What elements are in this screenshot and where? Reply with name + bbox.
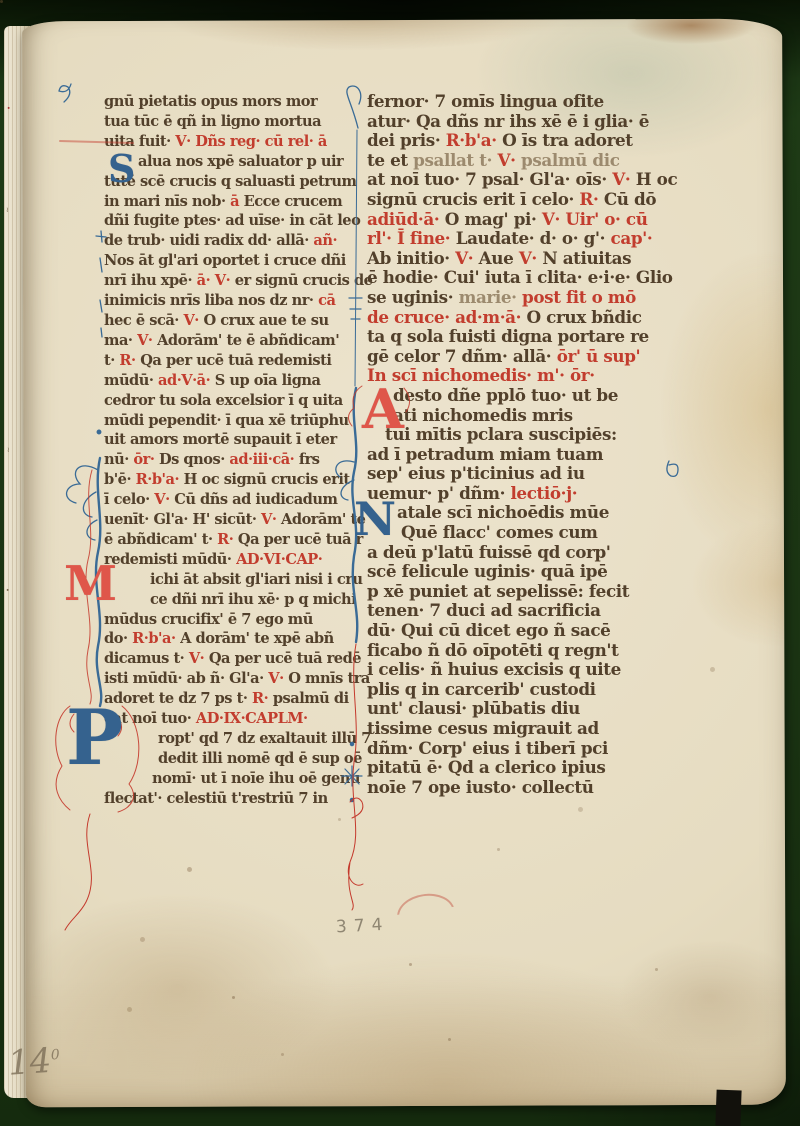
text-line: mūdi pependit· ī qua xē triūphu	[104, 411, 354, 431]
text-line: p xē puniet at sepelissē: fecit	[367, 582, 709, 602]
rubric-text: cap'·	[611, 228, 653, 248]
text-line: Quē flacc' comes cum	[367, 523, 709, 543]
body-text: dedit illi nomē qd ē sup oē	[158, 750, 362, 767]
text-line: Ab initio· V· Aue V· N atiuitas	[367, 249, 709, 269]
body-text: nomī· ut ī noīe ihu oē genu	[152, 770, 360, 787]
text-line: dū· Qui cū dicet ego ñ sacē	[367, 621, 709, 641]
body-text: H oc	[636, 169, 678, 189]
text-line: adiūd·ā· O mag' pi· V· Uir' o· cū	[367, 210, 709, 230]
rubric-text: V·	[268, 670, 288, 687]
manuscript-photo: ∙ ≀ ≀ ∙ gnū pietatis opus mors mortua tū…	[0, 0, 800, 1126]
text-line: ficabo ñ dō oīpotēti q regn't	[367, 641, 709, 661]
body-text: nū·	[104, 451, 133, 468]
text-line: do· R·b'a· A dorām' te xpē abñ	[104, 629, 354, 649]
rubric-text: ā	[230, 193, 244, 210]
body-text: Ecce crucem	[244, 193, 343, 210]
body-text: psalmū di	[273, 690, 349, 707]
body-text: A dorām' te xpē abñ	[180, 630, 334, 647]
body-text: dñm· Corp' eius i tiberī pci	[367, 738, 608, 758]
text-line: dei pris· R·b'a· O īs tra adoret	[367, 131, 709, 151]
body-text: ta q sola fuisti digna portare re	[367, 326, 649, 346]
rubric-text: post fit o mō	[522, 287, 636, 307]
body-text: uenīt· Gl'a· H' sicūt·	[104, 511, 261, 528]
body-text: er signū crucis de	[235, 272, 373, 289]
body-text: ma·	[104, 332, 137, 349]
body-text: adoret te dz 7 ps t·	[104, 690, 252, 707]
text-line: dedit illi nomē qd ē sup oē	[104, 749, 354, 769]
text-line: b'ē· R·b'a· H oc signū crucis erit	[104, 470, 354, 490]
rubric-text: ad·V·ā·	[158, 372, 215, 389]
text-line: nomī· ut ī noīe ihu oē genu	[104, 769, 354, 789]
illuminated-initial-s: S	[108, 150, 135, 188]
text-line: fernor· 7 omīs lingua ofite	[367, 92, 709, 112]
body-text: scē felicule uginis· quā ipē	[367, 561, 607, 581]
text-line: redemisti mūdū· AD·VI·CAP·	[104, 550, 354, 570]
text-line: flectat'· celestiū t'restriū 7 in	[104, 789, 354, 809]
text-line: plis q in carcerib' custodi	[367, 680, 709, 700]
text-line: de cruce· ad·m·ā· O crux bñdic	[367, 308, 709, 328]
rubric-text: adiūd·ā·	[367, 209, 445, 229]
body-text: psallat t·	[413, 150, 497, 170]
text-line: ce dñi nrī ihu xē· p q michi	[104, 590, 354, 610]
body-text: p xē puniet at sepelissē:	[367, 581, 589, 601]
body-text: isti mūdū· ab ñ· Gl'a·	[104, 670, 268, 687]
text-line: tui mītis pclara suscipiēs:	[367, 425, 709, 445]
text-line: de trub· uidi radix dd· allā· añ·	[104, 231, 354, 251]
body-text: ē abñdicam' t·	[104, 531, 217, 548]
text-line: desto dñe pplō tuo· ut be	[367, 386, 709, 406]
rubric-text: añ·	[313, 232, 337, 249]
body-text: frs	[299, 451, 320, 468]
body-text: Quē flacc' comes cum	[401, 522, 598, 542]
text-line: ē abñdicam' t· R· Qa per ucē tuā r	[104, 530, 354, 550]
rubric-text: V·	[497, 150, 521, 170]
body-text: Qa per ucē tuā r	[238, 531, 363, 548]
body-text: Adorām' te	[281, 511, 365, 528]
text-line: dñm· Corp' eius i tiberī pci	[367, 739, 709, 759]
text-line: uemur· p' dñm· lectiō·j·	[367, 484, 709, 504]
body-text: Qa per ucē tuā redemisti	[140, 352, 331, 369]
body-text: do·	[104, 630, 132, 647]
body-text: desto dñe pplō tuo· ut be	[393, 385, 618, 405]
text-column-left: gnū pietatis opus mors mortua tūc ē qñ i…	[104, 92, 354, 809]
body-text: gnū pietatis opus mors mor	[104, 93, 317, 110]
body-text: O mnīs tra	[288, 670, 370, 687]
body-text: S up oīa ligna	[215, 372, 321, 389]
edge-mark: ∙	[6, 586, 9, 594]
text-line: in mari nīs nob· ā Ecce crucem	[104, 192, 354, 212]
text-line: alua nos xpē saluator p uir	[104, 152, 354, 172]
text-line: pitatū ē· Qd a clerico ipius	[367, 758, 709, 778]
rubric-text: R·	[217, 531, 238, 548]
body-text: O crux bñdic	[527, 307, 642, 327]
body-text: nrī ihu xpē·	[104, 272, 197, 289]
text-line: t· R· Qa per ucē tuā redemisti	[104, 351, 354, 371]
body-text: alua nos xpē saluator p uir	[138, 153, 343, 170]
body-text: a deū p'latū fuissē qd corp'	[367, 542, 611, 562]
text-line: gē celor 7 dñm· allā· ōr' ū sup'	[367, 347, 709, 367]
illuminated-initial-p: P	[66, 700, 123, 776]
body-text: H oc signū crucis erit	[184, 471, 350, 488]
text-line: sep' eius p'ticinius ad iu	[367, 464, 709, 484]
body-text: O mag' pi·	[445, 209, 542, 229]
rubric-text: R·b'a·	[132, 630, 180, 647]
body-text: Adorām' te ē abñdicam'	[157, 332, 339, 349]
rubric-text: R·b'a·	[446, 130, 502, 150]
body-text: tenen· 7 duci ad sacrificia	[367, 600, 601, 620]
body-text: at noī tuo· 7 psal· Gl'a· oīs·	[367, 169, 612, 189]
body-text: de trub· uidi radix dd· allā·	[104, 232, 313, 249]
rubric-text: V· Dñs reg· cū rel· ā	[175, 133, 327, 150]
body-text: signū crucis erit ī celo·	[367, 189, 579, 209]
text-line: tenen· 7 duci ad sacrificia	[367, 601, 709, 621]
body-text: ad ī petradum miam tuam	[367, 444, 603, 464]
body-text: O crux aue te su	[203, 312, 328, 329]
text-line: uit amors mortē supauit ī eter	[104, 430, 354, 450]
rubric-text: cā	[318, 292, 335, 309]
rubric-text: ōr·	[133, 451, 159, 468]
text-line: uita fuit· V· Dñs reg· cū rel· ā	[104, 132, 354, 152]
text-line: cat noī tuo· AD·IX·CAPLM·	[104, 709, 354, 729]
body-text: Cū dō	[604, 189, 656, 209]
body-text: mūdus crucifix' ē 7 ego mū	[104, 611, 313, 628]
body-text: redemisti mūdū·	[104, 551, 236, 568]
corner-inventory-number: 140	[7, 1040, 62, 1084]
body-text: ē hodie· Cui' iuta ī clita· e·i·e· Glio	[367, 267, 673, 287]
body-text: Ab initio·	[367, 248, 455, 268]
body-text: atale scī nichoēdis mūe	[397, 502, 609, 522]
body-text: i celis· ñ huius excisis q uite	[367, 659, 621, 679]
body-text: t·	[104, 352, 119, 369]
body-text: pitatū ē· Qd a clerico ipius	[367, 757, 605, 777]
rubric-text: V· Uir' o· cū	[542, 209, 648, 229]
body-text: psalmū dic	[521, 150, 620, 170]
rubric-text: de cruce· ad·m·ā·	[367, 307, 527, 327]
body-text: Nos āt gl'ari oportet i cruce dñi	[104, 252, 346, 269]
body-text: unt' clausi· plūbatis diu	[367, 698, 580, 718]
text-line: ta q sola fuisti digna portare re	[367, 327, 709, 347]
text-line: tua tūc ē qñ in ligno mortua	[104, 112, 354, 132]
body-text: cedror tu sola excelsior ī q uita	[104, 392, 343, 409]
rubric-text: R·	[252, 690, 273, 707]
body-text: fecit	[589, 581, 629, 601]
text-line: mūdū· ad·V·ā· S up oīa ligna	[104, 371, 354, 391]
body-text: marie·	[459, 287, 522, 307]
text-line: scē felicule uginis· quā ipē	[367, 562, 709, 582]
rubric-text: V·	[519, 248, 543, 268]
body-text: inimicis nrīs liba nos dz nr·	[104, 292, 318, 309]
body-text: Aue	[479, 248, 519, 268]
body-text: ficabo ñ dō oīpotēti q regn't	[367, 640, 618, 660]
text-line: rl'· Ī fine· Laudate· d· o· g'· cap'·	[367, 229, 709, 249]
text-line: atur· Qa dñs nr ihs xē ē i glia· ē	[367, 112, 709, 132]
edge-mark: ∙	[7, 104, 10, 112]
body-text: plis q in carcerib' custodi	[367, 679, 596, 699]
illuminated-initial-a: A	[362, 382, 404, 436]
edge-mark: ≀	[7, 446, 10, 454]
body-text: dñi fugite ptes· ad uīse· in cāt leo	[104, 212, 360, 229]
text-line: In scī nichomedis· m'· ōr·	[367, 366, 709, 386]
text-line: a deū p'latū fuissē qd corp'	[367, 543, 709, 563]
body-text: tissime cesus migrauit ad	[367, 718, 599, 738]
foxing-speckles	[0, 0, 3, 3]
body-text: se uginis·	[367, 287, 459, 307]
text-line: noīe 7 ope iusto· collectū	[367, 778, 709, 798]
text-line: isti mūdū· ab ñ· Gl'a· V· O mnīs tra	[104, 669, 354, 689]
text-line: ichi āt absit gl'iari nisi i cru	[104, 570, 354, 590]
illuminated-initial-n: N	[354, 496, 396, 542]
text-line: ropt' qd 7 dz exaltauit illū 7	[104, 729, 354, 749]
text-column-right: fernor· 7 omīs lingua ofiteatur· Qa dñs …	[367, 92, 709, 797]
body-text: atur· Qa dñs nr ihs xē ē i glia· ē	[367, 111, 649, 131]
edge-mark: ≀	[6, 206, 9, 214]
body-text: flectat'· celestiū t'restriū 7 in	[104, 790, 328, 807]
text-line: tissime cesus migrauit ad	[367, 719, 709, 739]
folio-number-pencil: 374	[336, 915, 390, 938]
rubric-text: V·	[154, 491, 174, 508]
body-text: ropt' qd 7 dz exaltauit illū 7	[158, 730, 371, 747]
text-line: tutē scē crucis q saluasti petrum	[104, 172, 354, 192]
body-text: mūdū·	[104, 372, 158, 389]
body-text: dū· Qui cū dicet ego ñ sacē	[367, 620, 610, 640]
rubric-text: AD·IX·CAPLM·	[196, 710, 308, 727]
text-line: at noī tuo· 7 psal· Gl'a· oīs· V· H oc	[367, 170, 709, 190]
book-strap	[715, 1090, 741, 1126]
body-text: Laudate· d· o· g'·	[456, 228, 611, 248]
text-line: nū· ōr· Ds qnos· ad·iii·cā· frs	[104, 450, 354, 470]
body-text: b'ē·	[104, 471, 136, 488]
text-line: nrī ihu xpē· ā· V· er signū crucis de	[104, 271, 354, 291]
text-line: uenīt· Gl'a· H' sicūt· V· Adorām' te	[104, 510, 354, 530]
illuminated-initial-m: M	[64, 560, 117, 608]
text-line: ati nichomedis mris	[367, 406, 709, 426]
text-line: ma· V· Adorām' te ē abñdicam'	[104, 331, 354, 351]
text-line: dicamus t· V· Qa per ucē tuā redē	[104, 649, 354, 669]
text-line: te et psallat t· V· psalmū dic	[367, 151, 709, 171]
rubric-text: V·	[261, 511, 281, 528]
text-line: se uginis· marie· post fit o mō	[367, 288, 709, 308]
rubric-text: lectiō·j·	[510, 483, 577, 503]
body-text: tua tūc ē qñ in ligno mortua	[104, 113, 321, 130]
text-line: i celis· ñ huius excisis q uite	[367, 660, 709, 680]
body-text: Qa per ucē tuā redē	[209, 650, 361, 667]
rubric-text: V·	[183, 312, 203, 329]
rubric-text: V·	[455, 248, 479, 268]
rubric-text: R·	[119, 352, 140, 369]
body-text: sep' eius p'ticinius ad iu	[367, 463, 585, 483]
body-text: Ds qnos·	[159, 451, 229, 468]
rubric-text: AD·VI·CAP·	[236, 551, 322, 568]
body-text: tui mītis pclara suscipiēs:	[385, 424, 617, 444]
text-line: ad ī petradum miam tuam	[367, 445, 709, 465]
text-line: ē hodie· Cui' iuta ī clita· e·i·e· Glio	[367, 268, 709, 288]
body-text: ce dñi nrī ihu xē· p q michi	[150, 591, 356, 608]
body-text: Cū dñs ad iudicadum	[174, 491, 337, 508]
rubric-text: V·	[189, 650, 209, 667]
text-line: gnū pietatis opus mors mor	[104, 92, 354, 112]
body-text: uit amors mortē supauit ī eter	[104, 431, 337, 448]
text-line: Nos āt gl'ari oportet i cruce dñi	[104, 251, 354, 271]
text-line: inimicis nrīs liba nos dz nr· cā	[104, 291, 354, 311]
body-text: in mari nīs nob·	[104, 193, 230, 210]
text-line: cedror tu sola excelsior ī q uita	[104, 391, 354, 411]
body-text: ati nichomedis mris	[393, 405, 573, 425]
body-text: ī celo·	[104, 491, 154, 508]
body-text: gē celor 7 dñm· allā·	[367, 346, 557, 366]
text-line: signū crucis erit ī celo· R· Cū dō	[367, 190, 709, 210]
body-text: noīe 7 ope iusto· collectū	[367, 777, 594, 797]
body-text: N atiuitas	[542, 248, 631, 268]
rubric-text: V·	[137, 332, 157, 349]
text-line: adoret te dz 7 ps t· R· psalmū di	[104, 689, 354, 709]
body-text: dei pris·	[367, 130, 446, 150]
body-text: O īs tra adoret	[502, 130, 633, 150]
text-line: hec ē scā· V· O crux aue te su	[104, 311, 354, 331]
rubric-text: ōr' ū sup'	[557, 346, 641, 366]
body-text: hec ē scā·	[104, 312, 183, 329]
body-text: dicamus t·	[104, 650, 189, 667]
rubric-text: R·	[579, 189, 603, 209]
text-line: dñi fugite ptes· ad uīse· in cāt leo	[104, 211, 354, 231]
rubric-text: ā· V·	[197, 272, 235, 289]
text-line: mūdus crucifix' ē 7 ego mū	[104, 610, 354, 630]
body-text: ichi āt absit gl'iari nisi i cru	[150, 571, 363, 588]
rubric-text: ad·iii·cā·	[229, 451, 298, 468]
rubric-text: R·b'a·	[136, 471, 184, 488]
text-line: ī celo· V· Cū dñs ad iudicadum	[104, 490, 354, 510]
text-line: atale scī nichoēdis mūe	[367, 503, 709, 523]
body-text: fernor· 7 omīs lingua ofite	[367, 91, 604, 111]
body-text: te et	[367, 150, 413, 170]
rubric-text: V·	[612, 169, 636, 189]
rubric-text: rl'· Ī fine·	[367, 228, 456, 248]
body-text: tutē scē crucis q saluasti petrum	[104, 173, 356, 190]
text-line: unt' clausi· plūbatis diu	[367, 699, 709, 719]
body-text: mūdi pependit· ī qua xē triūphu	[104, 412, 349, 429]
